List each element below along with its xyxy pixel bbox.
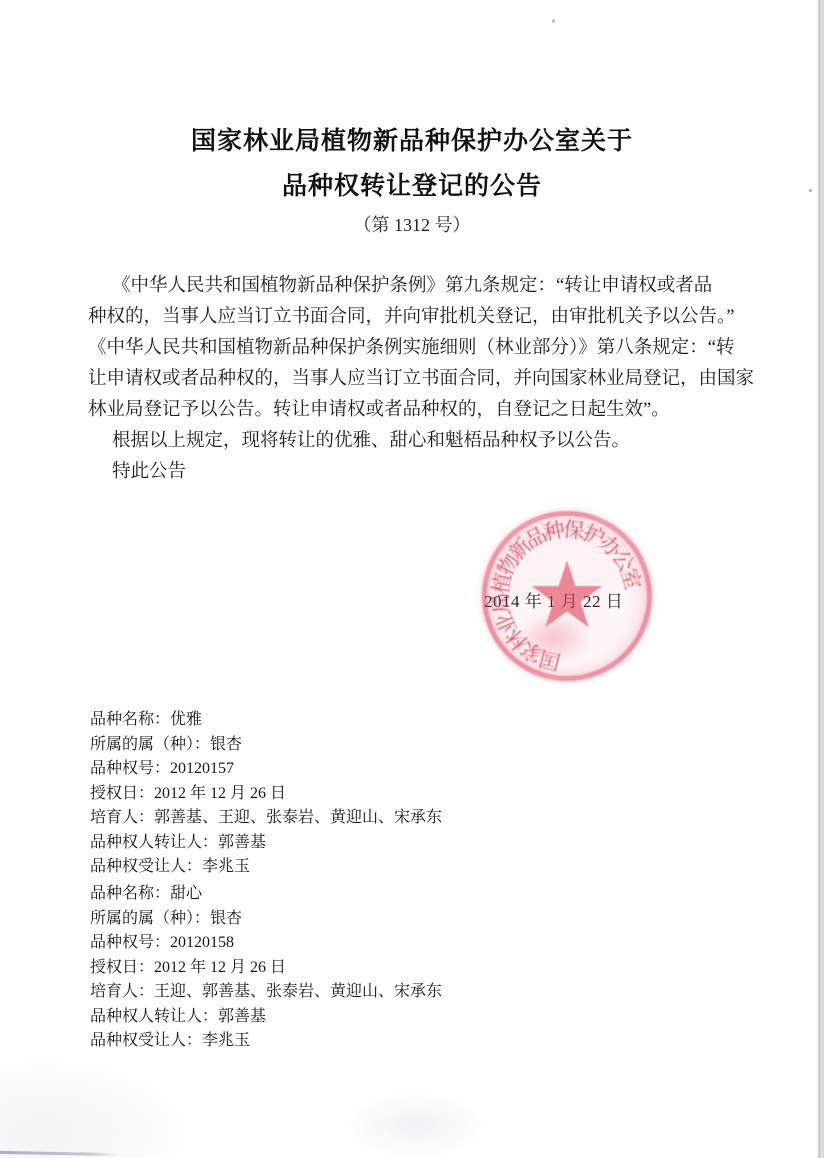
entry-line: 授权日：2012 年 12 月 26 日 (90, 782, 650, 807)
entry-line: 品种权号：20120157 (90, 757, 650, 782)
body-line: 让申请权或者品种权的，当事人应当订立书面合同，并向国家林业局登记，由国家 (88, 364, 748, 395)
title-line-2: 品种权转让登记的公告 (0, 166, 824, 202)
scan-artifact (348, 1093, 483, 1158)
body-line: 《中华人民共和国植物新品种保护条例实施细则（林业部分）》第八条规定：“转 (88, 333, 748, 364)
title-line-1: 国家林业局植物新品种保护办公室关于 (0, 121, 824, 157)
body-line: 《中华人民共和国植物新品种保护条例》第九条规定：“转让申请权或者品 (88, 271, 748, 302)
entry-line: 培育人：郭善基、王迎、张泰岩、黄迎山、宋承东 (90, 806, 650, 831)
entry-line: 所属的属（种）：银杏 (90, 733, 650, 758)
entry-line: 品种名称：优雅 (90, 708, 650, 733)
official-seal: 国 家 林 业 局 植 物 新 品 种 保 护 办 公 室 ★ (482, 511, 652, 681)
document-page: 国家林业局植物新品种保护办公室关于 品种权转让登记的公告 （第 1312 号） … (0, 0, 824, 1158)
entry-line: 所属的属（种）：银杏 (90, 907, 650, 932)
body-line: 种权的，当事人应当订立书面合同，并向审批机关登记，由审批机关予以公告。” (88, 302, 748, 333)
entry-line: 品种权人转让人：郭善基 (90, 1005, 650, 1030)
entry-line: 品种权人转让人：郭善基 (90, 831, 650, 856)
entry-line: 培育人：王迎、郭善基、张泰岩、黄迎山、宋承东 (90, 980, 650, 1005)
scan-artifact (0, 1058, 190, 1158)
announcement-body: 《中华人民共和国植物新品种保护条例》第九条规定：“转让申请权或者品 种权的，当事… (88, 271, 748, 488)
scan-edge-artifact (817, 0, 824, 1158)
entry-line: 品种名称：甜心 (90, 882, 650, 907)
entry-line: 品种权受让人：李兆玉 (90, 1029, 650, 1054)
scan-artifact (552, 19, 555, 23)
body-line: 根据以上规定，现将转让的优雅、甜心和魁梧品种权予以公告。 (88, 426, 748, 457)
body-line: 林业局登记予以公告。转让申请权或者品种权的，自登记之日起生效”。 (88, 395, 748, 426)
scan-artifact (809, 189, 812, 192)
variety-entry-1: 品种名称：优雅 所属的属（种）：银杏 品种权号：20120157 授权日：201… (90, 708, 650, 880)
issue-number: （第 1312 号） (0, 211, 824, 237)
variety-entry-2: 品种名称：甜心 所属的属（种）：银杏 品种权号：20120158 授权日：201… (90, 882, 650, 1054)
entry-line: 授权日：2012 年 12 月 26 日 (90, 956, 650, 981)
seal-ink-smudge (515, 612, 593, 664)
body-line: 特此公告 (88, 457, 748, 488)
entry-line: 品种权受让人：李兆玉 (90, 855, 650, 880)
entry-line: 品种权号：20120158 (90, 931, 650, 956)
